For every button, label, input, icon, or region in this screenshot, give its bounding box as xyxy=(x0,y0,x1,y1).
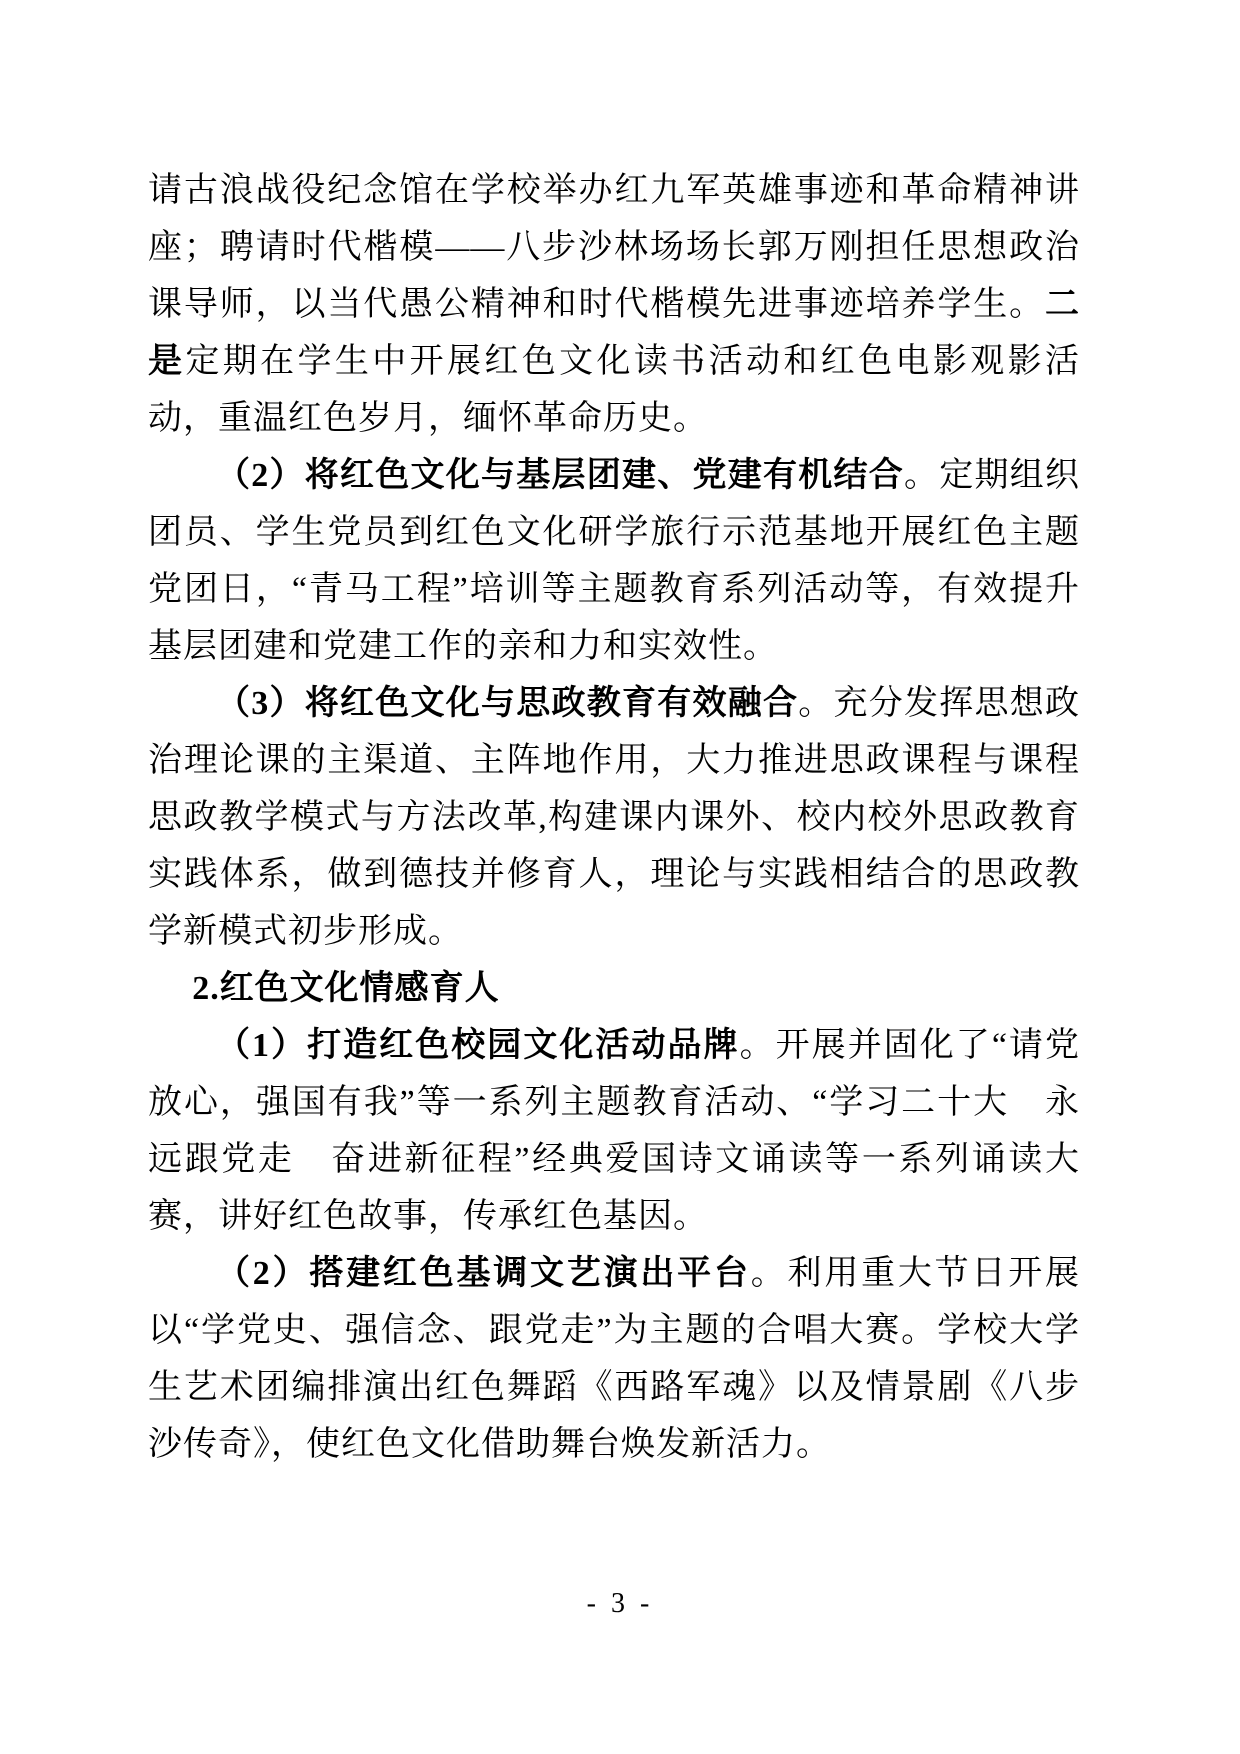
text-run: 2.红色文化情感育人 xyxy=(192,970,500,1007)
document-page: 请古浪战役纪念馆在学校举办红九军英雄事迹和革命精神讲座；聘请时代楷模——八步沙林… xyxy=(0,0,1240,1754)
paragraph: （3）将红色文化与思政教育有效融合。充分发挥思想政治理论课的主渠道、主阵地作用，… xyxy=(148,675,1080,960)
text-run: （1）打造红色校园文化活动品牌 xyxy=(216,1027,740,1064)
paragraph: 请古浪战役纪念馆在学校举办红九军英雄事迹和革命精神讲座；聘请时代楷模——八步沙林… xyxy=(148,162,1080,447)
document-body: 请古浪战役纪念馆在学校举办红九军英雄事迹和革命精神讲座；聘请时代楷模——八步沙林… xyxy=(148,162,1080,1473)
text-run: 请古浪战役纪念馆在学校举办红九军英雄事迹和革命精神讲座；聘请时代楷模——八步沙林… xyxy=(148,172,1080,323)
text-run: 定期在学生中开展红色文化读书活动和红色电影观影活动，重温红色岁月，缅怀革命历史。 xyxy=(148,343,1080,437)
text-run: （3）将红色文化与思政教育有效融合 xyxy=(216,685,798,722)
section-heading: 2.红色文化情感育人 xyxy=(148,960,1080,1017)
paragraph: （2）搭建红色基调文艺演出平台。利用重大节日开展以“学党史、强信念、跟党走”为主… xyxy=(148,1245,1080,1473)
text-run: （2）搭建红色基调文艺演出平台 xyxy=(216,1255,751,1292)
text-run: 。充分发挥思想政治理论课的主渠道、主阵地作用，大力推进思政课程与课程思政教学模式… xyxy=(148,685,1080,950)
page-footer: - 3 - xyxy=(0,1588,1240,1620)
text-run: （2）将红色文化与基层团建、党建有机结合 xyxy=(216,457,904,494)
paragraph: （2）将红色文化与基层团建、党建有机结合。定期组织团员、学生党员到红色文化研学旅… xyxy=(148,447,1080,675)
paragraph: （1）打造红色校园文化活动品牌。开展并固化了“请党放心，强国有我”等一系列主题教… xyxy=(148,1017,1080,1245)
page-number: - 3 - xyxy=(587,1588,654,1619)
